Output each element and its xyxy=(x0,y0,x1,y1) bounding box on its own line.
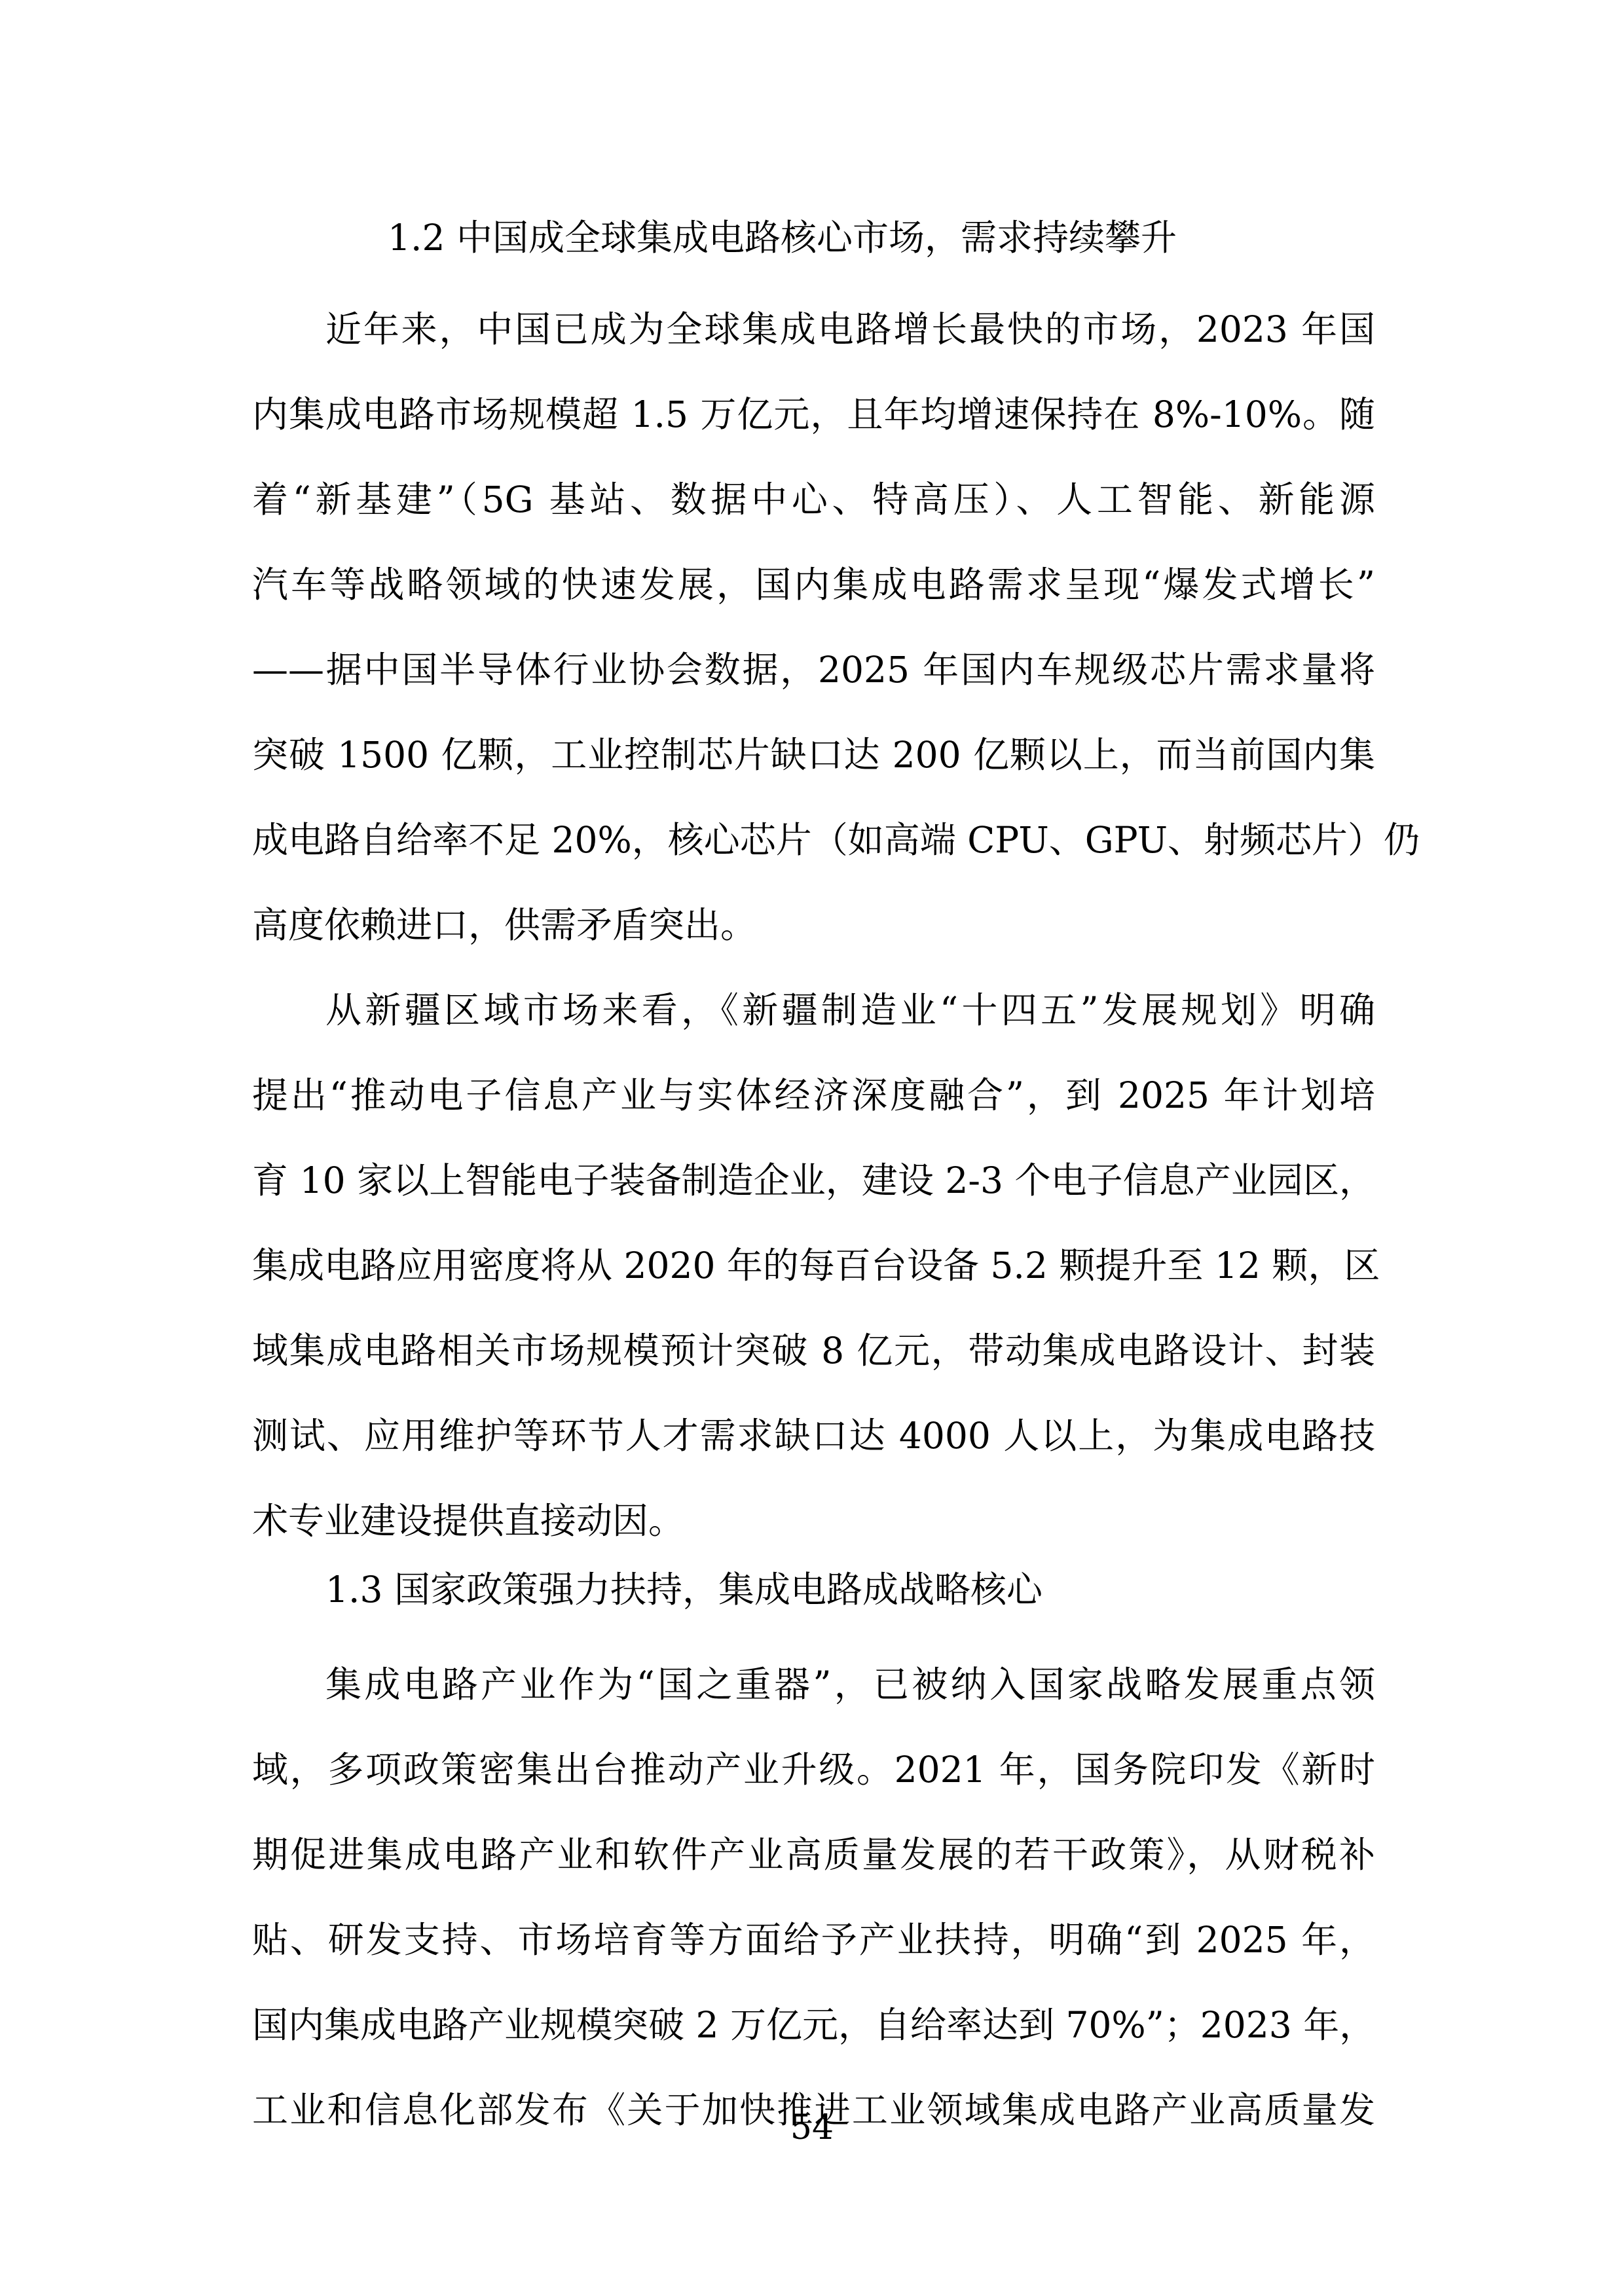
paragraph-line: ——据中国半导体行业协会数据，2025 年国内车规级芯片需求量将 xyxy=(252,627,1375,712)
paragraph-line: 期促进集成电路产业和软件产业高质量发展的若干政策》，从财税补 xyxy=(252,1812,1375,1897)
paragraph-line: 从新疆区域市场来看，《新疆制造业“十四五”发展规划》明确 xyxy=(252,968,1375,1053)
section-heading-1-3: 1.3 国家政策强力扶持，集成电路成战略核心 xyxy=(252,1563,1375,1642)
paragraph-line: 高度依赖进口，供需矛盾突出。 xyxy=(252,883,1375,968)
paragraph-line: 成电路自给率不足 20%，核心芯片（如高端 CPU、GPU、射频芯片）仍 xyxy=(252,797,1375,883)
document-page: 1.2 中国成全球集成电路核心市场，需求持续攀升 近年来，中国已成为全球集成电路… xyxy=(0,0,1624,2296)
section-heading-1-2: 1.2 中国成全球集成电路核心市场，需求持续攀升 xyxy=(252,208,1375,287)
page-number: 54 xyxy=(0,2105,1624,2151)
body-text: 1.2 中国成全球集成电路核心市场，需求持续攀升 近年来，中国已成为全球集成电路… xyxy=(252,208,1375,2153)
paragraph-line: 突破 1500 亿颗，工业控制芯片缺口达 200 亿颗以上，而当前国内集 xyxy=(252,712,1375,797)
paragraph-line: 域集成电路相关市场规模预计突破 8 亿元，带动集成电路设计、封装 xyxy=(252,1308,1375,1393)
paragraph-line: 近年来，中国已成为全球集成电路增长最快的市场，2023 年国 xyxy=(252,287,1375,372)
paragraph-line: 提出“推动电子信息产业与实体经济深度融合”，到 2025 年计划培 xyxy=(252,1053,1375,1138)
paragraph-line: 集成电路应用密度将从 2020 年的每百台设备 5.2 颗提升至 12 颗，区 xyxy=(252,1223,1375,1308)
paragraph-line: 育 10 家以上智能电子装备制造企业，建设 2-3 个电子信息产业园区， xyxy=(252,1138,1375,1223)
paragraph-line: 贴、研发支持、市场培育等方面给予产业扶持，明确“到 2025 年， xyxy=(252,1897,1375,1982)
paragraph-line: 内集成电路市场规模超 1.5 万亿元，且年均增速保持在 8%-10%。随 xyxy=(252,372,1375,457)
paragraph-line: 术专业建设提供直接动因。 xyxy=(252,1478,1375,1563)
paragraph-line: 着“新基建”（5G 基站、数据中心、特高压）、人工智能、新能源 xyxy=(252,457,1375,542)
paragraph-line: 集成电路产业作为“国之重器”，已被纳入国家战略发展重点领 xyxy=(252,1642,1375,1727)
paragraph-line: 汽车等战略领域的快速发展，国内集成电路需求呈现“爆发式增长” xyxy=(252,542,1375,627)
paragraph-line: 国内集成电路产业规模突破 2 万亿元，自给率达到 70%”；2023 年， xyxy=(252,1982,1375,2068)
paragraph-line: 测试、应用维护等环节人才需求缺口达 4000 人以上，为集成电路技 xyxy=(252,1393,1375,1478)
paragraph-line: 域，多项政策密集出台推动产业升级。2021 年，国务院印发《新时 xyxy=(252,1727,1375,1812)
